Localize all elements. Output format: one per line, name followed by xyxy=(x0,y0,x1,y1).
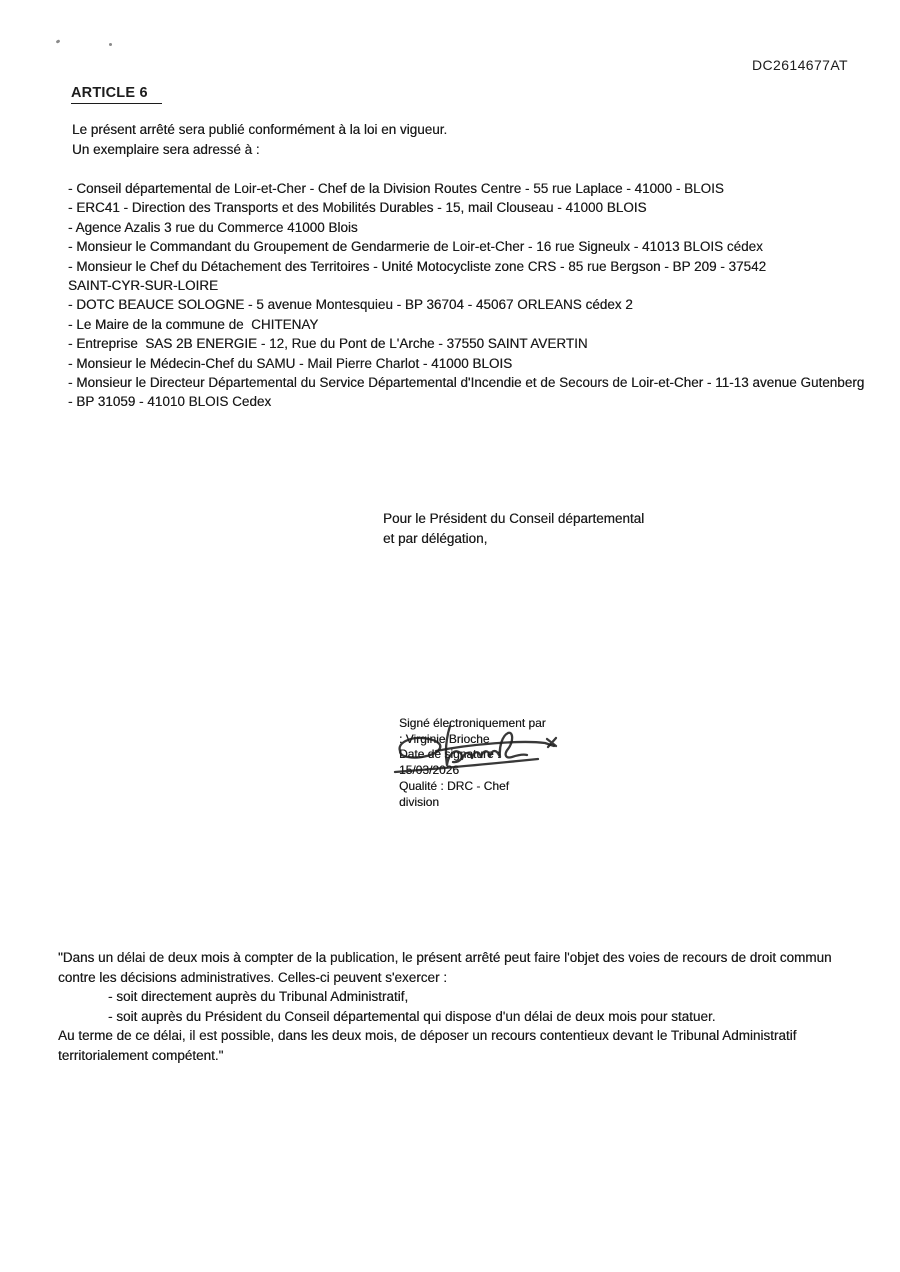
recipients-list: - Conseil départemental de Loir-et-Cher … xyxy=(68,179,864,412)
scan-speck xyxy=(109,43,112,46)
recipient-line-wrap: - BP 31059 - 41010 BLOIS Cedex xyxy=(68,392,864,411)
stamp-quality: Qualité : DRC - Chef xyxy=(399,779,546,795)
legal-line: contre les décisions administratives. Ce… xyxy=(58,968,832,988)
legal-line-indented: - soit directement auprès du Tribunal Ad… xyxy=(58,987,832,1007)
legal-line-indented: - soit auprès du Président du Conseil dé… xyxy=(58,1007,832,1027)
recipient-line: - ERC41 - Direction des Transports et de… xyxy=(68,198,864,217)
legal-line: "Dans un délai de deux mois à compter de… xyxy=(58,948,832,968)
recipient-line: - DOTC BEAUCE SOLOGNE - 5 avenue Montesq… xyxy=(68,295,864,314)
recipient-line: - Agence Azalis 3 rue du Commerce 41000 … xyxy=(68,218,864,237)
handwritten-signature-icon xyxy=(386,712,568,780)
legal-notice: "Dans un délai de deux mois à compter de… xyxy=(58,948,832,1066)
article-heading: ARTICLE 6 xyxy=(71,84,162,104)
intro-line: Un exemplaire sera adressé à : xyxy=(72,140,447,160)
closing-formula: Pour le Président du Conseil département… xyxy=(383,509,644,548)
recipient-line: - Monsieur le Chef du Détachement des Te… xyxy=(68,257,864,276)
intro-paragraph: Le présent arrêté sera publié conforméme… xyxy=(72,120,447,159)
recipient-line-wrap: SAINT-CYR-SUR-LOIRE xyxy=(68,276,864,295)
legal-line: territorialement compétent." xyxy=(58,1046,832,1066)
intro-line: Le présent arrêté sera publié conforméme… xyxy=(72,120,447,140)
recipient-line: - Le Maire de la commune de CHITENAY xyxy=(68,315,864,334)
article-heading-text: ARTICLE 6 xyxy=(71,85,162,104)
stamp-quality: division xyxy=(399,795,546,811)
recipient-line: - Entreprise SAS 2B ENERGIE - 12, Rue du… xyxy=(68,334,864,353)
recipient-line: - Monsieur le Médecin-Chef du SAMU - Mai… xyxy=(68,354,864,373)
recipient-line: - Conseil départemental de Loir-et-Cher … xyxy=(68,179,864,198)
document-reference: DC2614677AT xyxy=(752,57,848,73)
scanned-document-page: DC2614677AT ARTICLE 6 Le présent arrêté … xyxy=(0,0,900,1272)
closing-line: et par délégation, xyxy=(383,529,644,549)
legal-line: Au terme de ce délai, il est possible, d… xyxy=(58,1026,832,1046)
scan-speck xyxy=(56,39,61,44)
recipient-line: - Monsieur le Directeur Départemental du… xyxy=(68,373,864,392)
recipient-line: - Monsieur le Commandant du Groupement d… xyxy=(68,237,864,256)
closing-line: Pour le Président du Conseil département… xyxy=(383,509,644,529)
